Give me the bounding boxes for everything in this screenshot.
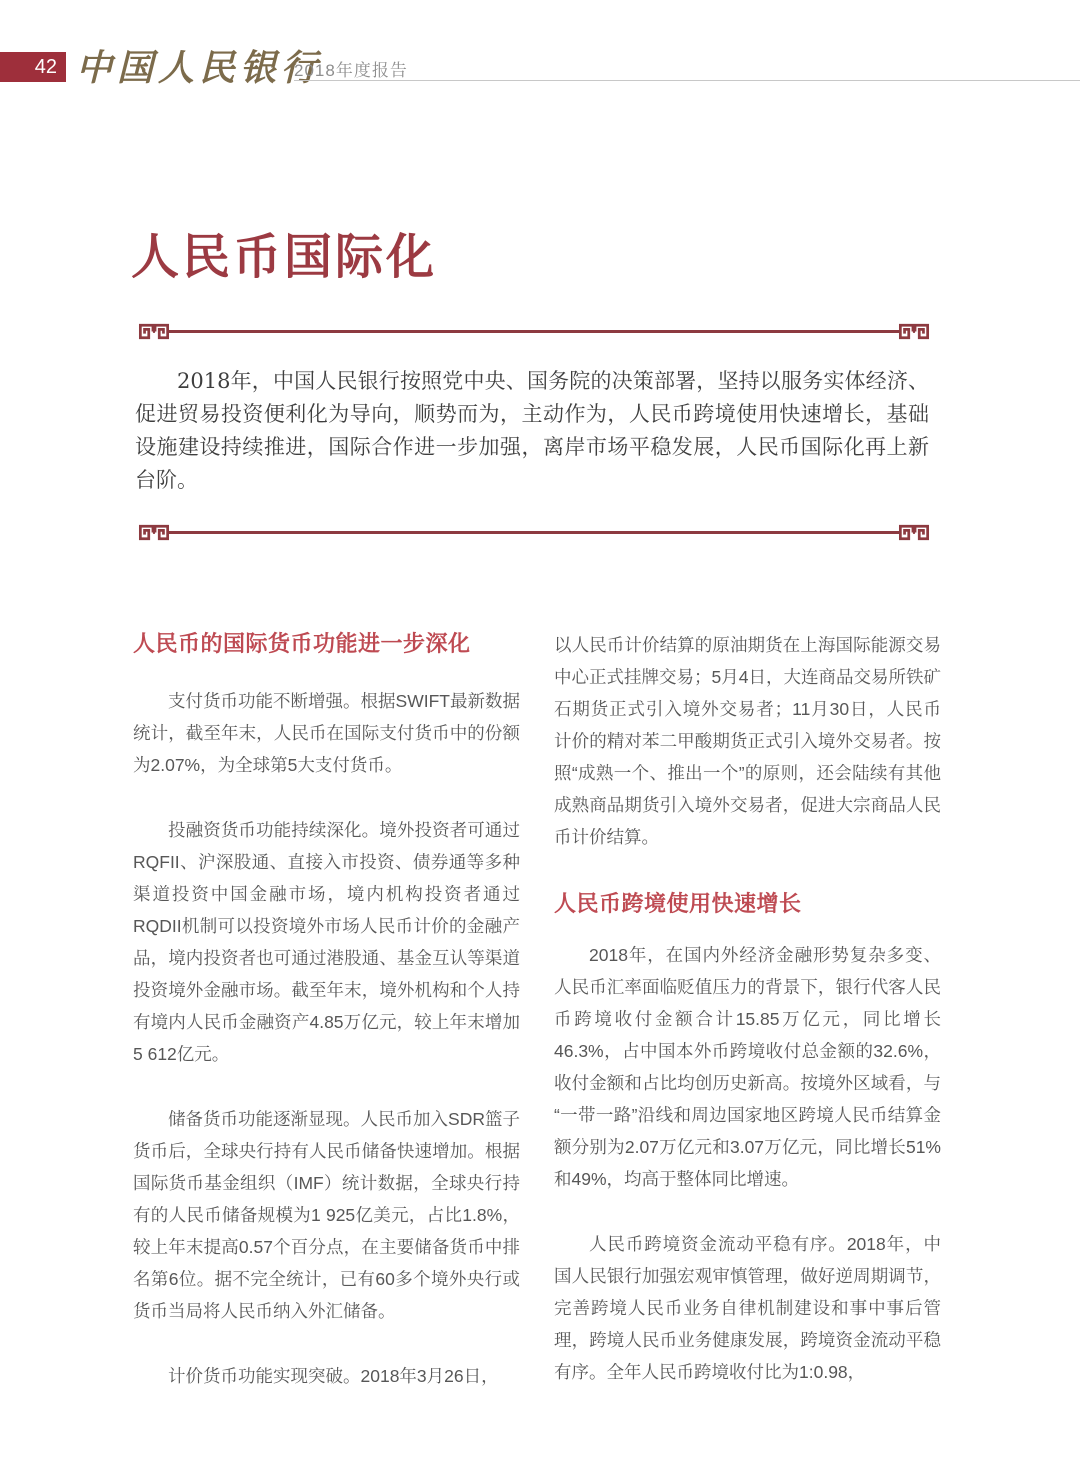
- rule-line: [168, 531, 900, 534]
- top-decorative-rule: [133, 322, 935, 341]
- paragraph: 计价货币功能实现突破。2018年3月26日，: [133, 1360, 520, 1392]
- report-title-label: 2018年度报告: [294, 56, 408, 81]
- paragraph: 2018年，在国内外经济金融形势复杂多变、人民币汇率面临贬值压力的背景下，银行代…: [554, 939, 941, 1195]
- intro-paragraph: 2018年，中国人民银行按照党中央、国务院的决策部署，坚持以服务实体经济、促进贸…: [135, 365, 929, 497]
- page-number-badge: 42: [0, 52, 66, 82]
- bank-logo: 中国人民银行: [76, 40, 322, 91]
- right-column: 以人民币计价结算的原油期货在上海国际能源交易中心正式挂牌交易；5月4日，大连商品…: [554, 629, 941, 1392]
- page-title: 人民币国际化: [131, 218, 437, 287]
- intro-panel: 2018年，中国人民银行按照党中央、国务院的决策部署，坚持以服务实体经济、促进贸…: [133, 322, 935, 542]
- continuation-paragraph: 以人民币计价结算的原油期货在上海国际能源交易中心正式挂牌交易；5月4日，大连商品…: [554, 629, 941, 853]
- paragraph: 投融资货币功能持续深化。境外投资者可通过RQFII、沪深股通、直接入市投资、债券…: [133, 814, 520, 1070]
- paragraph: 人民币跨境资金流动平稳有序。2018年，中国人民银行加强宏观审慎管理，做好逆周期…: [554, 1228, 941, 1388]
- paragraph: 储备货币功能逐渐显现。人民币加入SDR篮子货币后，全球央行持有人民币储备快速增加…: [133, 1103, 520, 1327]
- left-column: 人民币的国际货币功能进一步深化 支付货币功能不断增强。根据SWIFT最新数据统计…: [133, 629, 520, 1392]
- header-divider: [294, 80, 1080, 81]
- content-columns: 人民币的国际货币功能进一步深化 支付货币功能不断增强。根据SWIFT最新数据统计…: [133, 629, 941, 1392]
- section-heading-currency-functions: 人民币的国际货币功能进一步深化: [133, 629, 520, 659]
- section-heading-cross-border-growth: 人民币跨境使用快速增长: [554, 889, 941, 919]
- meander-ornament-icon: [893, 322, 935, 341]
- rule-line: [168, 330, 900, 333]
- meander-ornament-icon: [893, 523, 935, 542]
- bottom-decorative-rule: [133, 523, 935, 542]
- paragraph: 支付货币功能不断增强。根据SWIFT最新数据统计，截至年末，人民币在国际支付货币…: [133, 685, 520, 781]
